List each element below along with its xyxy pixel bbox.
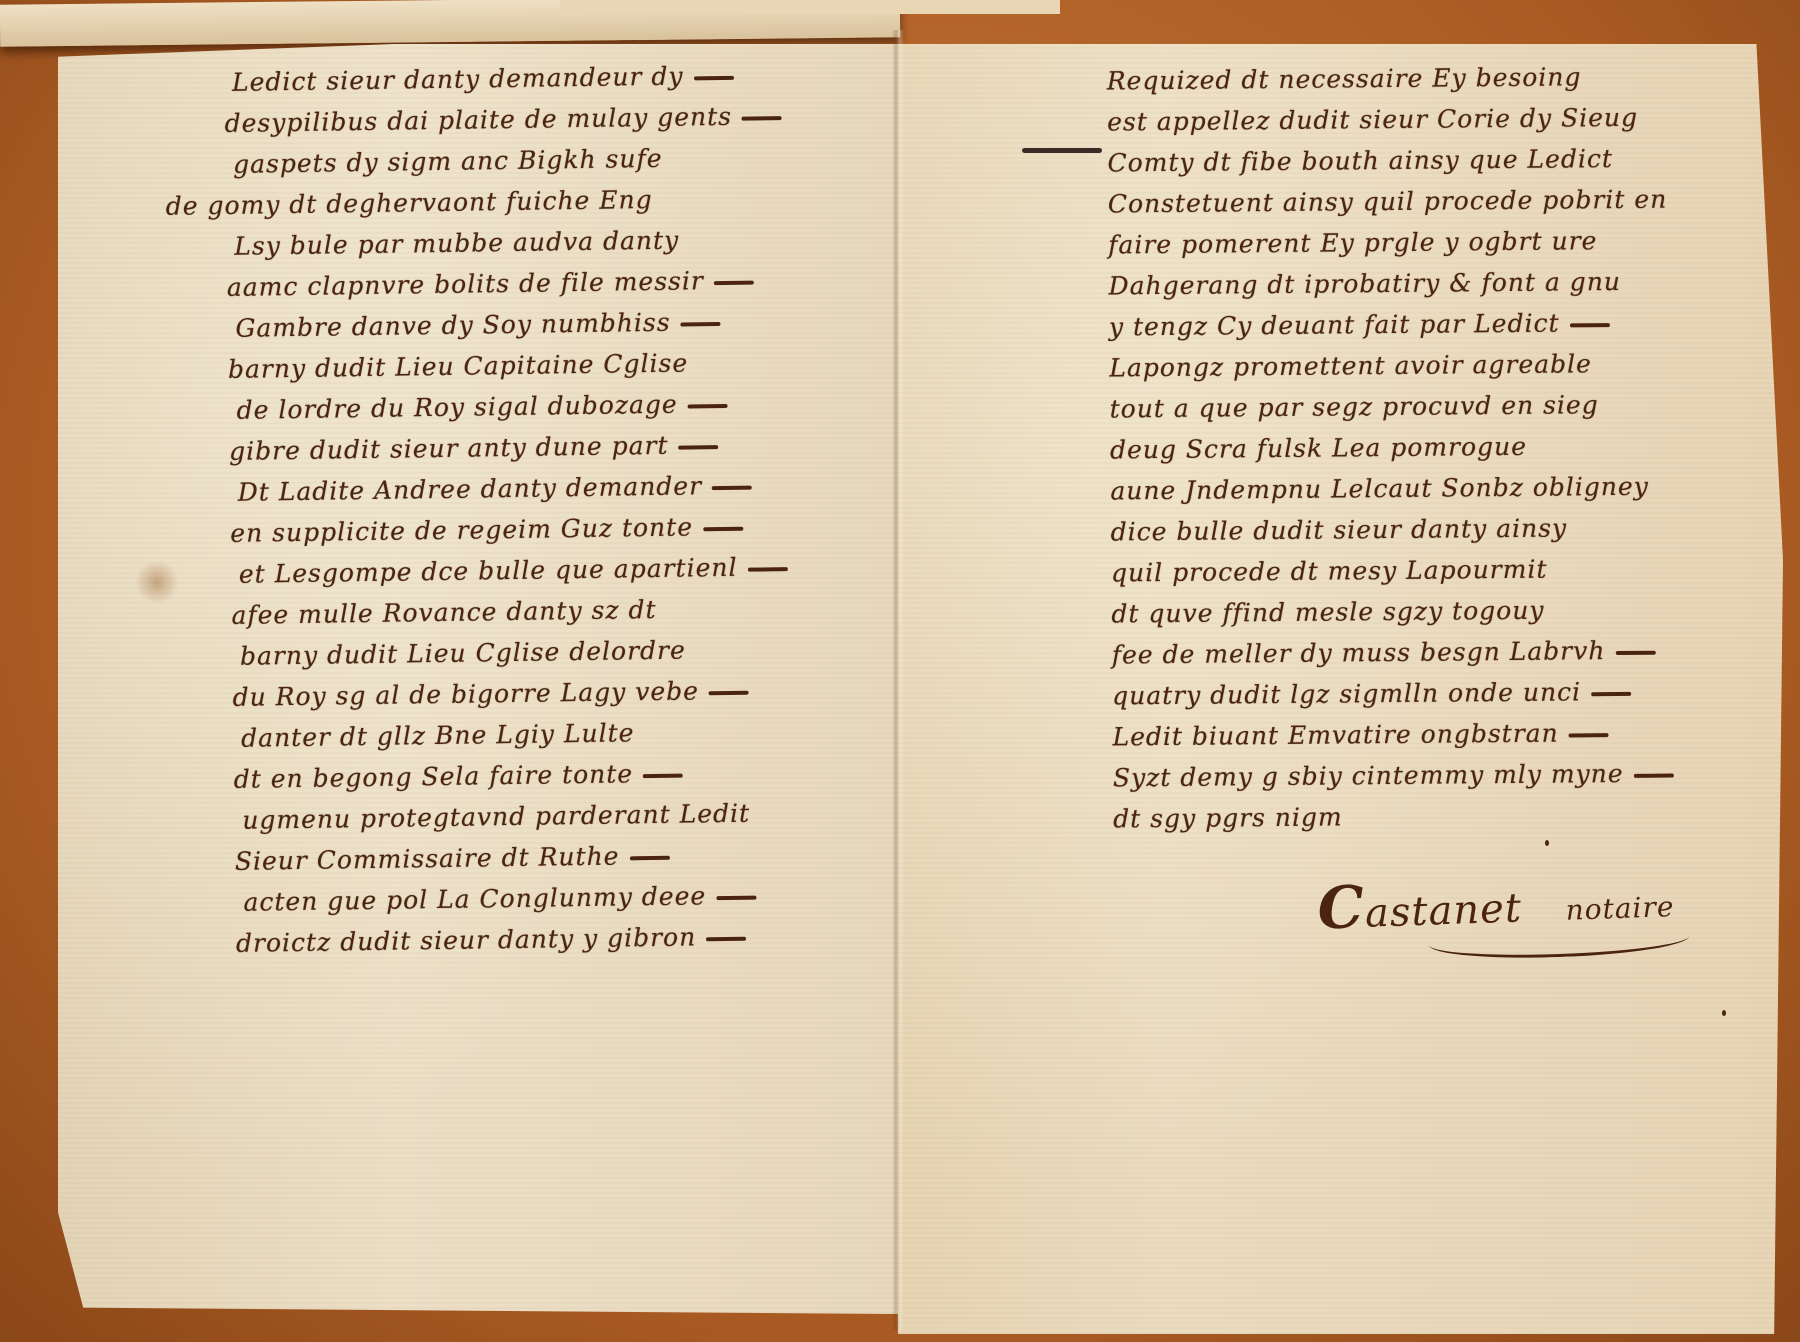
right-page-text: Requized dt necessaire Ey besoing est ap… [1107, 56, 1675, 840]
ink-dot [1545, 840, 1549, 846]
text-line: est appellez dudit sieur Corie dy Sieug [1107, 97, 1668, 143]
text-line: Constetuent ainsy quil procede pobrit en [1108, 179, 1669, 225]
margin-ink-mark [1022, 148, 1102, 153]
overlying-paper-edge [560, 0, 1060, 14]
text-line: faire pomerent Ey prgle y ogbrt ure [1108, 220, 1669, 266]
text-line: Lapongz promettent avoir agreable [1109, 343, 1670, 389]
page-fold [892, 30, 904, 1330]
text-line: Syzt demy g sbiy cintemmy mly myne [1113, 753, 1674, 799]
left-page-text: Ledict sieur danty demandeur dy desypili… [224, 54, 794, 964]
ink-dot [1722, 1010, 1726, 1016]
text-line: dt quve ffind mesle sgzy togouy [1111, 589, 1672, 635]
text-line: aune Jndempnu Lelcaut Sonbz obligney [1110, 466, 1671, 512]
text-line: dice bulle dudit sieur danty ainsy [1111, 507, 1672, 553]
text-line: tout a que par segz procuvd en sieg [1109, 384, 1670, 430]
paper-stain [135, 560, 179, 604]
text-line: quatry dudit lgz sigmlln onde unci [1112, 671, 1673, 717]
text-line: Dahgerang dt iprobatiry & font a gnu [1108, 261, 1669, 307]
signature-trailing: notaire [1565, 890, 1675, 927]
text-line: Ledit biuant Emvatire ongbstran [1112, 712, 1673, 758]
signature-name: astanet [1364, 885, 1522, 936]
text-line: deug Scra fulsk Lea pomrogue [1110, 425, 1671, 471]
text-line: droictz dudit sieur danty y gibron [236, 915, 794, 964]
text-line: y tengz Cy deuant fait par Ledict [1109, 302, 1670, 348]
signature-capital: C [1317, 873, 1367, 943]
text-line: Comty dt fibe bouth ainsy que Ledict [1107, 138, 1668, 184]
text-line: quil procede dt mesy Lapourmit [1111, 548, 1672, 594]
text-line: Requized dt necessaire Ey besoing [1107, 56, 1668, 102]
text-line: fee de meller dy muss besgn Labrvh [1112, 630, 1673, 676]
text-line: dt sgy pgrs nigm [1113, 794, 1674, 840]
notary-signature: Castanet notaire [1317, 862, 1690, 966]
